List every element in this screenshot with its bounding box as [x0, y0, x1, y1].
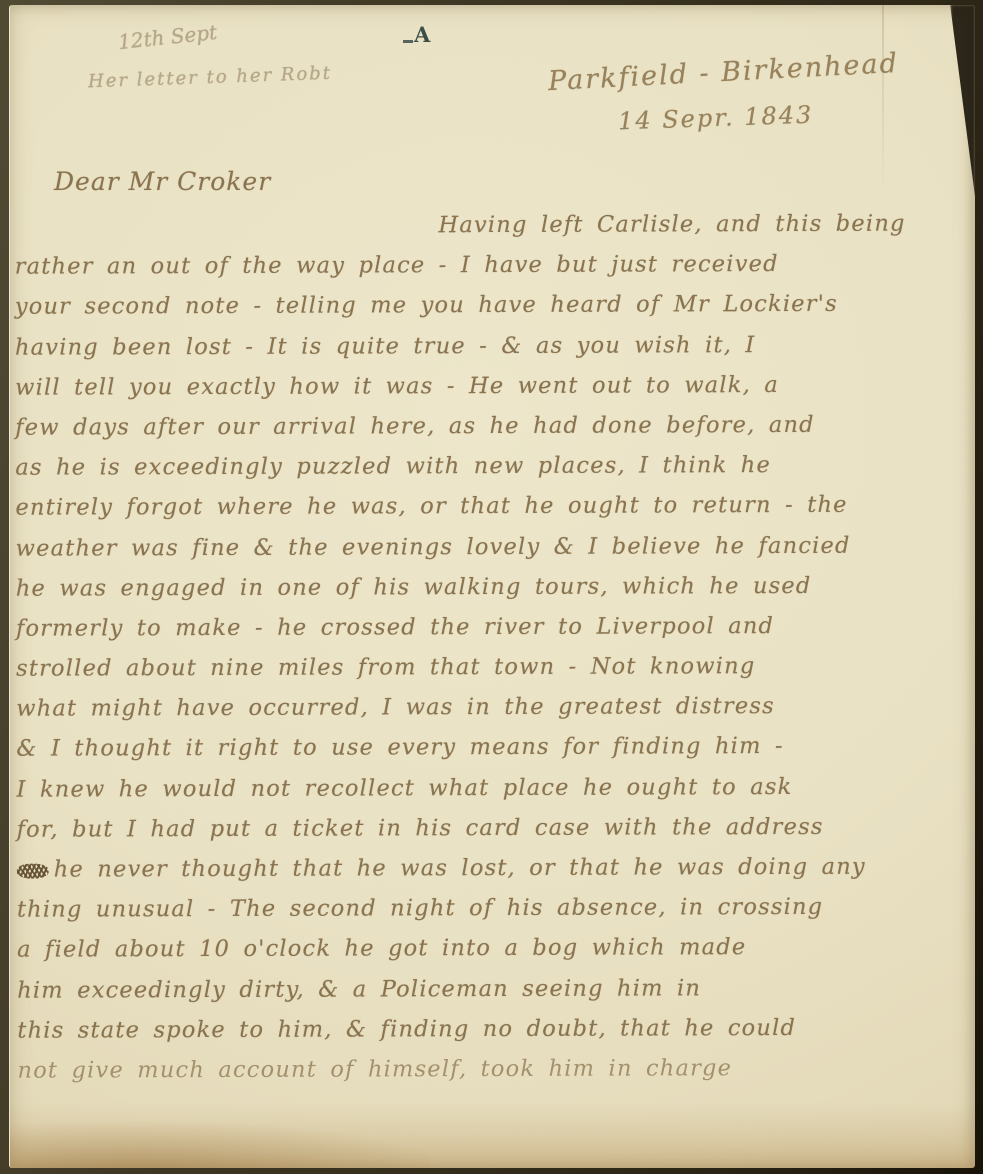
letter-line: a field about 10 o'clock he got into a b…: [17, 927, 972, 971]
letter-line: I knew he would not recollect what place…: [16, 766, 971, 810]
letter-line-with-deletion: he never thought that he was lost, or th…: [17, 846, 972, 890]
letter-line: he was engaged in one of his walking tou…: [16, 565, 971, 609]
letter-line: Having left Carlisle, and this being: [14, 203, 969, 247]
letter-line: few days after our arrival here, as he h…: [15, 404, 970, 448]
letter-line: not give much account of himself, took h…: [17, 1047, 972, 1091]
letter-line: & I thought it right to use every means …: [16, 726, 971, 770]
torn-corner-shadow: [950, 5, 975, 204]
letter-salutation: Dear Mr Croker: [54, 167, 271, 196]
pencil-annotation-date: 12th Sept: [117, 20, 218, 54]
letter-heading-place: Parkfield - Birkenhead: [547, 48, 899, 97]
paper-crease: [882, 5, 884, 195]
paper-stain: [10, 1090, 975, 1168]
letter-line: will tell you exactly how it was - He we…: [15, 364, 970, 408]
letter-body: Having left Carlisle, and this being rat…: [14, 203, 972, 1090]
letter-heading-date: 14 Sepr. 1843: [618, 101, 814, 136]
letter-line: having been lost - It is quite true - & …: [15, 324, 970, 368]
letter-line: entirely forgot where he was, or that he…: [15, 485, 970, 529]
letter-line: as he is exceedingly puzzled with new pl…: [15, 444, 970, 488]
letter-line: thing unusual - The second night of his …: [17, 887, 972, 931]
letter-scan: 12th Sept Her letter to her Robt A Parkf…: [0, 0, 983, 1174]
letter-line: weather was fine & the evenings lovely &…: [16, 525, 971, 569]
letter-line: formerly to make - he crossed the river …: [16, 605, 971, 649]
letter-line: this state spoke to him, & finding no do…: [17, 1007, 972, 1051]
scribbled-out-word: [17, 864, 49, 879]
letter-line: him exceedingly dirty, & a Policeman see…: [17, 967, 972, 1011]
letter-line: for, but I had put a ticket in his card …: [17, 806, 972, 850]
letter-page: 12th Sept Her letter to her Robt A Parkf…: [9, 5, 975, 1168]
archive-stamp-a: A: [414, 22, 430, 47]
letter-line: what might have occurred, I was in the g…: [16, 686, 971, 730]
letter-line: he never thought that he was lost, or th…: [54, 854, 866, 883]
letter-line: your second note - telling me you have h…: [15, 284, 970, 328]
letter-line: rather an out of the way place - I have …: [15, 244, 970, 288]
paper-stain-left: [10, 1122, 430, 1168]
pencil-annotation-note: Her letter to her Robt: [88, 63, 333, 93]
letter-line: strolled about nine miles from that town…: [16, 645, 971, 689]
